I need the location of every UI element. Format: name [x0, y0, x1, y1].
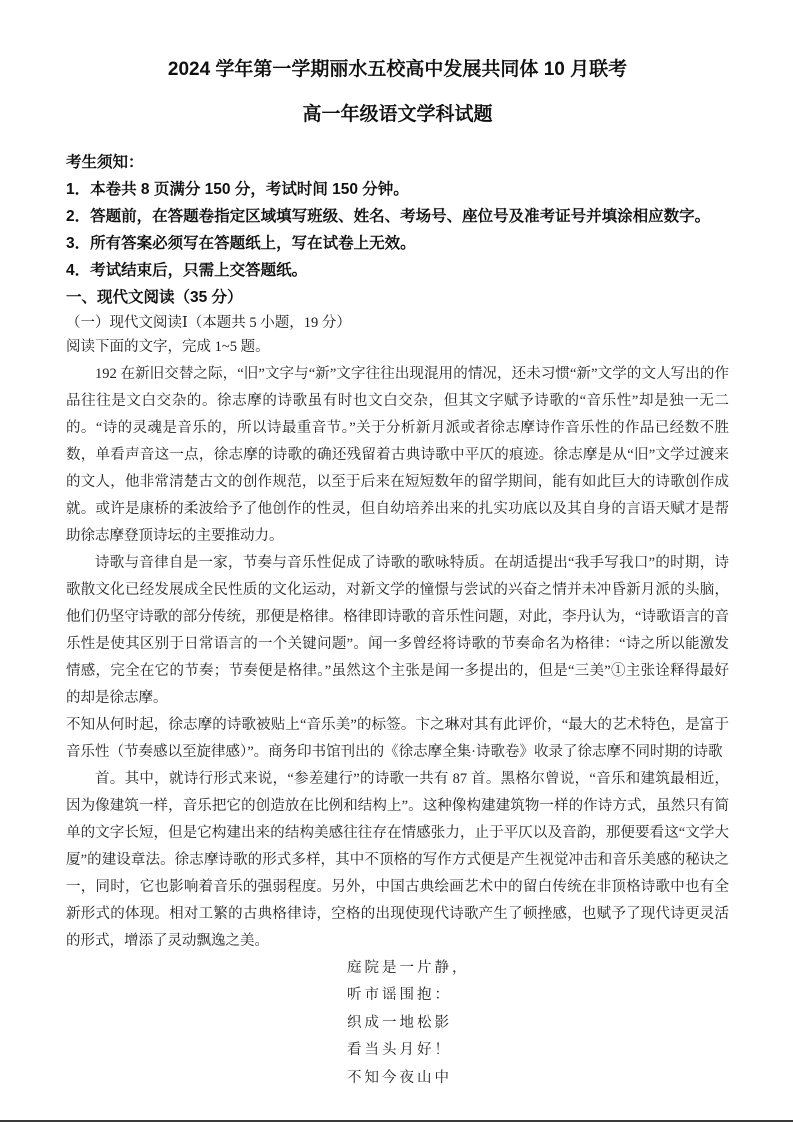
- notice-item-4: 4．考试结束后，只需上交答题纸。: [66, 257, 729, 284]
- poem-line-2: 听市谣围抱：: [347, 982, 729, 1010]
- notice-item-1: 1．本卷共 8 页满分 150 分，考试时间 150 分钟。: [66, 176, 729, 203]
- poem-line-5: 不知今夜山中: [347, 1065, 729, 1093]
- passage-paragraph-2: 诗歌与音律自是一家，节奏与音乐性促成了诗歌的歌咏特质。在胡适提出“我手写我口”的…: [66, 550, 729, 712]
- poem-excerpt: 庭院是一片静， 听市谣围抱： 织成一地松影 看当头月好！ 不知今夜山中: [66, 955, 729, 1093]
- exam-subtitle: 高一年级语文学科试题: [66, 103, 729, 127]
- notice-heading: 考生须知：: [66, 149, 729, 176]
- poem-line-4: 看当头月好！: [347, 1037, 729, 1065]
- notice-item-2: 2．答题前，在答题卷指定区域填写班级、姓名、考场号、座位号及准考证号并填涂相应数…: [66, 203, 729, 230]
- reading-passage: 192 在新旧交替之际，“旧”文字与“新”文字往往出现混用的情况，还未习惯“新”…: [66, 361, 729, 955]
- passage-paragraph-4: 首。其中，就诗行形式来说，“参差建行”的诗歌一共有 87 首。黑格尔曾说，“音乐…: [66, 766, 729, 955]
- exam-title: 2024 学年第一学期丽水五校高中发展共同体 10 月联考: [66, 58, 729, 82]
- reading-instruction: 阅读下面的文字，完成 1~5 题。: [66, 335, 729, 359]
- notice-item-3: 3．所有答案必须写在答题纸上，写在试卷上无效。: [66, 230, 729, 257]
- subsection-heading: （一）现代文阅读Ⅰ（本题共 5 小题，19 分）: [66, 311, 729, 335]
- exam-paper-page: 2024 学年第一学期丽水五校高中发展共同体 10 月联考 高一年级语文学科试题…: [0, 0, 793, 1122]
- poem-line-1: 庭院是一片静，: [347, 955, 729, 983]
- passage-paragraph-1: 192 在新旧交替之际，“旧”文字与“新”文字往往出现混用的情况，还未习惯“新”…: [66, 361, 729, 550]
- passage-paragraph-3: 不知从何时起，徐志摩的诗歌被贴上“音乐美”的标签。卞之琳对其有此评价，“最大的艺…: [66, 712, 729, 766]
- section-heading-modern-reading: 一、现代文阅读（35 分）: [66, 284, 729, 311]
- page-content: 2024 学年第一学期丽水五校高中发展共同体 10 月联考 高一年级语文学科试题…: [0, 0, 793, 1092]
- candidate-notice: 考生须知： 1．本卷共 8 页满分 150 分，考试时间 150 分钟。 2．答…: [66, 149, 729, 284]
- poem-line-3: 织成一地松影: [347, 1010, 729, 1038]
